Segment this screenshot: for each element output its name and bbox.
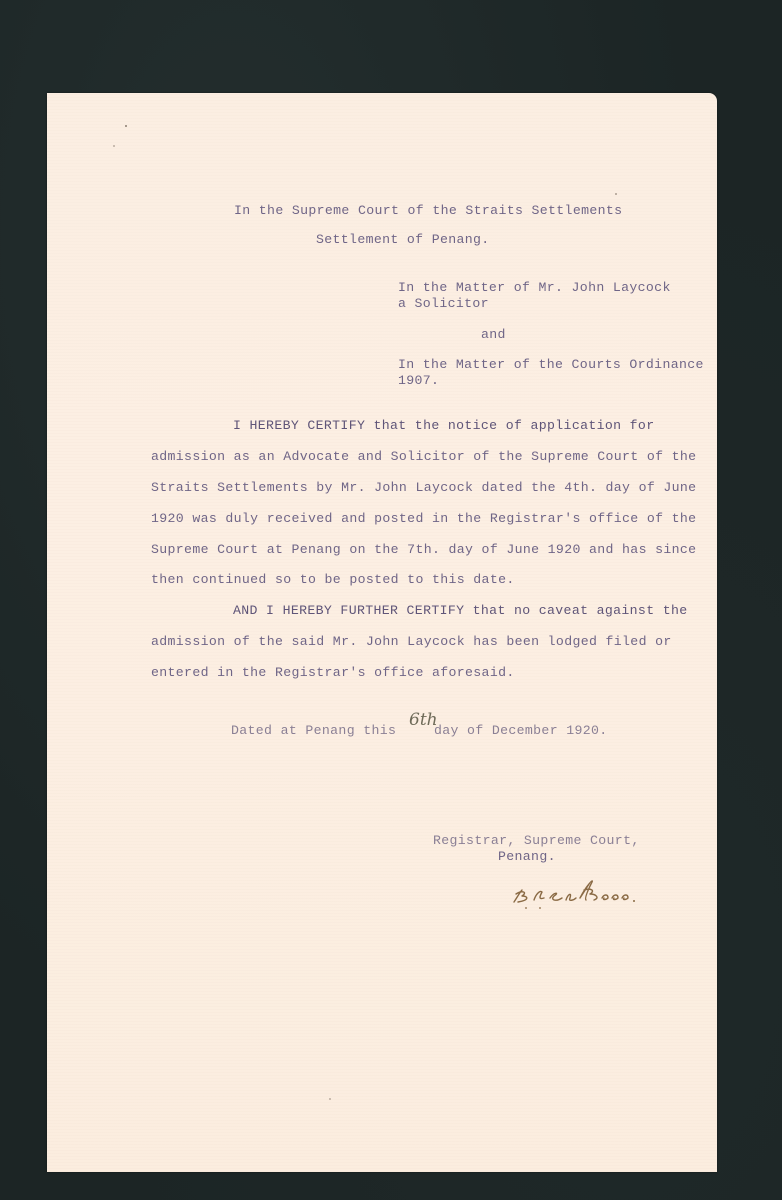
registrar-signature: B. E. Ross. [510, 876, 650, 910]
matter-line-3: In the Matter of the Courts Ordinance [398, 357, 704, 373]
matter-conjunction: and [481, 327, 506, 343]
document-page: In the Supreme Court of the Straits Sett… [47, 93, 717, 1172]
body-line: 1920 was duly received and posted in the… [151, 511, 696, 527]
dated-suffix: day of December 1920. [434, 723, 608, 739]
settlement-heading: Settlement of Penang. [316, 232, 490, 248]
body-line: I HEREBY CERTIFY that the notice of appl… [233, 418, 654, 434]
paper-speck [125, 125, 127, 127]
matter-line-2: a Solicitor [398, 296, 489, 312]
paper-speck [329, 1098, 331, 1100]
matter-line-1: In the Matter of Mr. John Laycock [398, 280, 671, 296]
matter-line-4: 1907. [398, 373, 439, 389]
body-line: Supreme Court at Penang on the 7th. day … [151, 542, 696, 558]
body-line: then continued so to be posted to this d… [151, 572, 515, 588]
body-line: Straits Settlements by Mr. John Laycock … [151, 480, 696, 496]
registrar-location: Penang. [498, 849, 556, 865]
court-heading: In the Supreme Court of the Straits Sett… [234, 203, 622, 219]
registrar-title: Registrar, Supreme Court, [433, 833, 640, 849]
paper-speck [113, 145, 115, 147]
body-line: admission of the said Mr. John Laycock h… [151, 634, 672, 650]
dated-prefix: Dated at Penang this [231, 723, 396, 739]
body-line: AND I HEREBY FURTHER CERTIFY that no cav… [233, 603, 688, 619]
body-line: entered in the Registrar's office afores… [151, 665, 515, 681]
body-line: admission as an Advocate and Solicitor o… [151, 449, 696, 465]
paper-speck [615, 193, 617, 195]
